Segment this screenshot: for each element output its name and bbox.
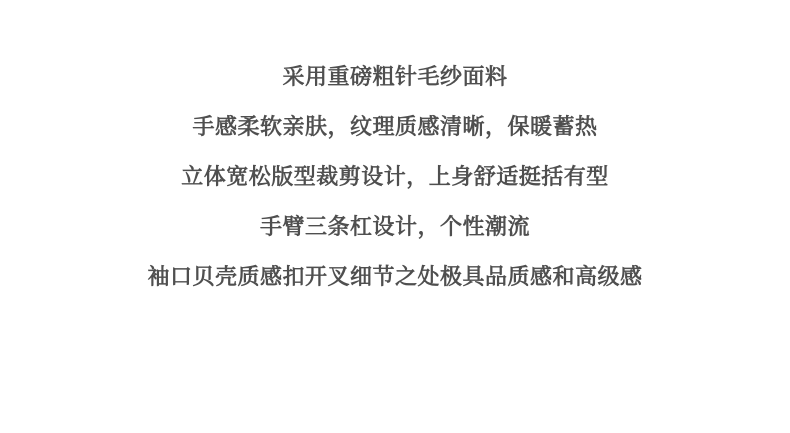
feature-line-stripes: 手臂三条杠设计，个性潮流 <box>0 202 790 252</box>
product-description-panel: 采用重磅粗针毛纱面料 手感柔软亲肤，纹理质感清晰，保暖蓄热 立体宽松版型裁剪设计… <box>0 0 790 433</box>
feature-line-fit: 立体宽松版型裁剪设计，上身舒适挺括有型 <box>0 152 790 202</box>
feature-line-texture: 手感柔软亲肤，纹理质感清晰，保暖蓄热 <box>0 102 790 152</box>
feature-line-fabric: 采用重磅粗针毛纱面料 <box>0 52 790 102</box>
feature-line-cuff: 袖口贝壳质感扣开叉细节之处极具品质感和高级感 <box>0 252 790 302</box>
